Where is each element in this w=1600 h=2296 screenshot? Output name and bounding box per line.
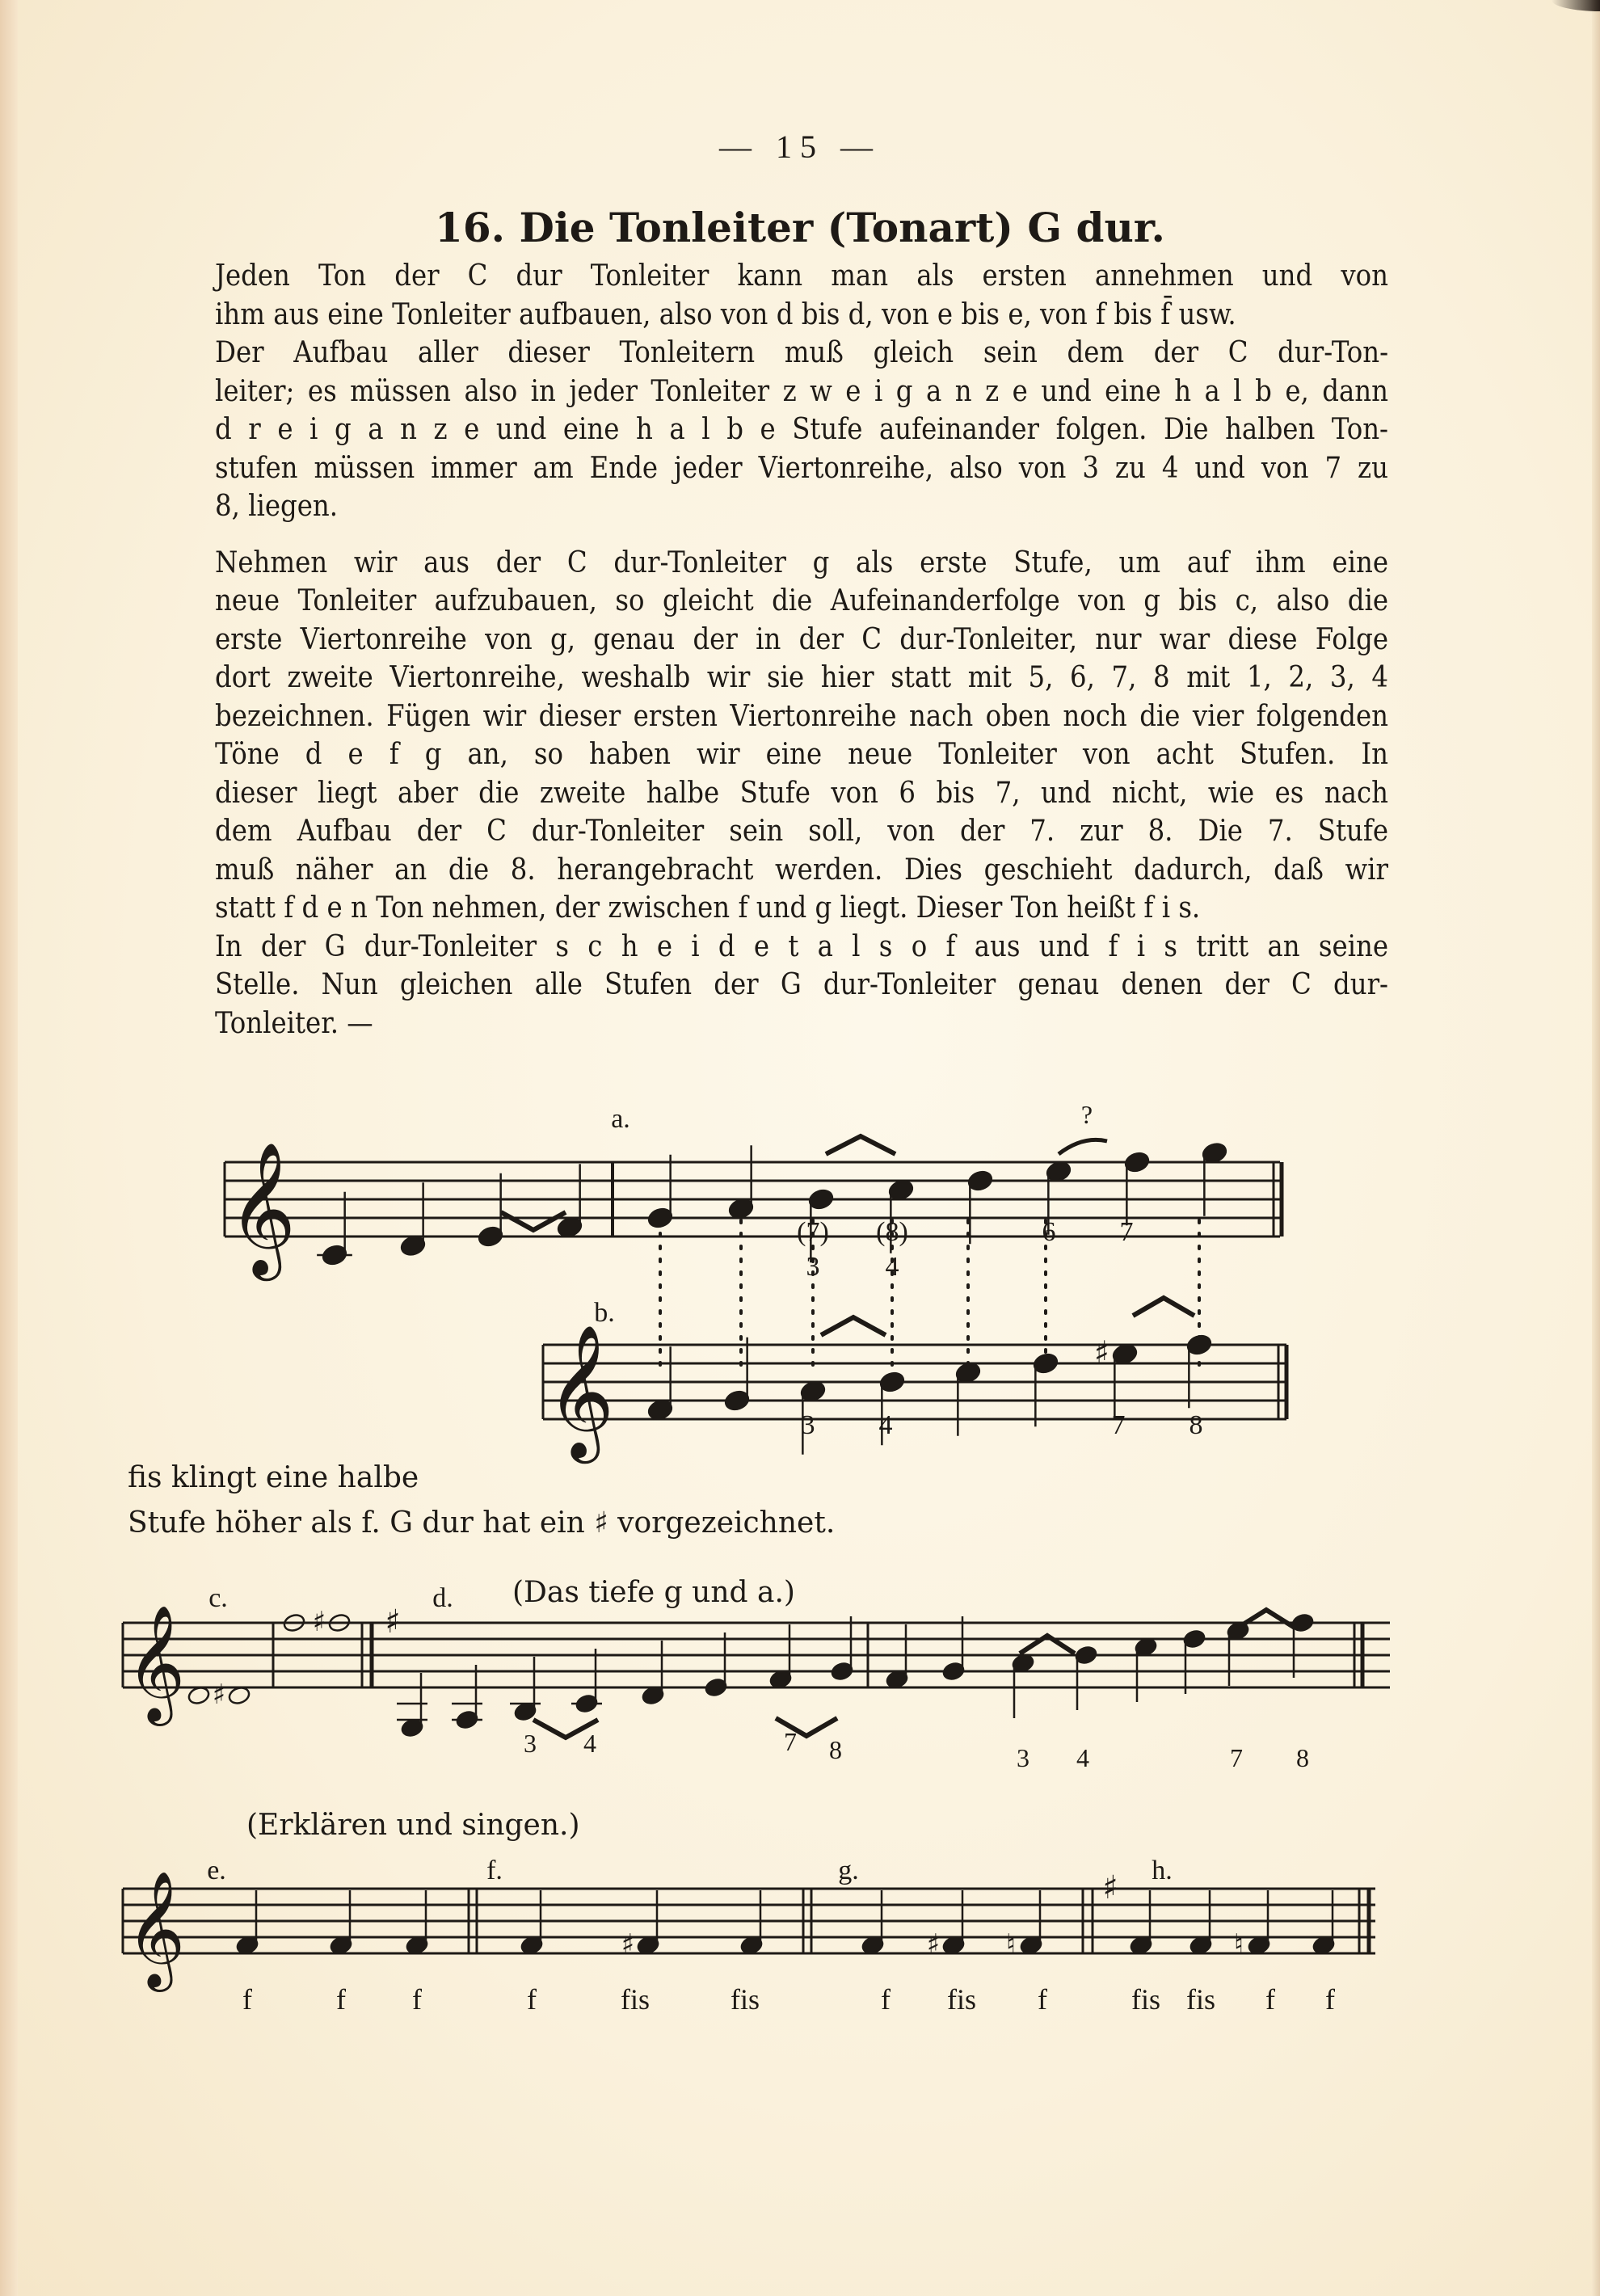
treble-clef-icon: 𝄞 — [126, 1871, 185, 1992]
note — [235, 1890, 259, 1956]
example-c-label: c. — [208, 1583, 228, 1613]
note — [1312, 1890, 1335, 1956]
note — [941, 1890, 965, 1956]
key-signature-sharp-icon: ♯ — [1102, 1869, 1118, 1906]
natural-icon: ♮ — [1006, 1928, 1016, 1961]
sharp-icon: ♯ — [927, 1928, 940, 1961]
sharp-icon: ♯ — [621, 1928, 634, 1961]
note — [1226, 1620, 1249, 1686]
note — [556, 1164, 583, 1239]
note-name-label: f — [881, 1983, 891, 2016]
natural-icon: ♮ — [1234, 1928, 1244, 1961]
example-d-label: d. — [432, 1583, 453, 1613]
note — [520, 1890, 543, 1956]
note-name-label: f — [1325, 1983, 1335, 2016]
note — [1182, 1628, 1206, 1694]
note — [397, 1673, 427, 1738]
degree-label: 4 — [886, 1252, 899, 1282]
note — [885, 1624, 908, 1690]
slur-icon — [1059, 1140, 1107, 1154]
note — [1247, 1890, 1270, 1956]
note — [1032, 1351, 1059, 1426]
halfstep-mark-icon — [821, 1317, 886, 1335]
note — [646, 1346, 674, 1422]
degree-label: 3 — [524, 1729, 537, 1758]
degree-label: 8 — [1296, 1743, 1309, 1772]
example-h-label: h. — [1152, 1856, 1173, 1885]
note — [830, 1616, 853, 1682]
note — [1291, 1612, 1314, 1678]
note — [861, 1890, 884, 1956]
degree-label: 7 — [1112, 1410, 1126, 1440]
note — [452, 1665, 482, 1730]
example-b-label: b. — [594, 1298, 615, 1328]
note — [571, 1649, 602, 1714]
treble-clef-icon: 𝄞 — [228, 1141, 296, 1282]
note — [1189, 1890, 1212, 1956]
note — [1111, 1342, 1139, 1418]
note — [704, 1632, 727, 1698]
note — [1185, 1333, 1213, 1408]
degree-label: 7 — [1230, 1743, 1243, 1772]
note — [768, 1624, 792, 1690]
note-name-label: fis — [621, 1983, 650, 2016]
treble-clef-icon: 𝄞 — [126, 1605, 185, 1726]
sharp-icon: ♯ — [1094, 1335, 1109, 1371]
note-name-label: f — [412, 1983, 422, 2016]
note — [1011, 1653, 1034, 1718]
note — [966, 1169, 994, 1244]
degree-label: 3 — [1017, 1743, 1029, 1772]
note — [510, 1657, 541, 1722]
degree-label: 7 — [1120, 1217, 1134, 1247]
note-name-label: f — [527, 1983, 537, 2016]
halfstep-mark-icon — [1238, 1610, 1295, 1628]
halfstep-mark-icon — [1133, 1298, 1194, 1316]
note — [1201, 1141, 1228, 1216]
note — [723, 1338, 751, 1413]
caption-tiefe-g-a: (Das tiefe g und a.) — [512, 1576, 795, 1609]
note — [954, 1361, 982, 1436]
degree-label: 4 — [1076, 1743, 1089, 1772]
halfstep-mark-icon — [501, 1212, 566, 1230]
degree-label: 3 — [802, 1410, 815, 1440]
sharp-icon: ♯ — [313, 1606, 326, 1638]
note — [1074, 1645, 1097, 1710]
key-signature-sharp-icon: ♯ — [385, 1603, 400, 1641]
example-f-label: f. — [486, 1856, 503, 1885]
note — [405, 1890, 428, 1956]
degree-label: 8 — [1189, 1410, 1203, 1440]
caption-fis-line-1: fis klingt eine halbe — [128, 1461, 419, 1494]
treble-clef-icon: 𝄞 — [546, 1324, 614, 1464]
note — [941, 1616, 965, 1682]
note — [641, 1641, 664, 1706]
note — [636, 1890, 659, 1956]
caption-fis-line-2: Stufe höher als f. G dur hat ein ♯ vorge… — [128, 1506, 835, 1540]
note — [1129, 1890, 1152, 1956]
note — [1019, 1890, 1042, 1956]
note — [646, 1155, 674, 1230]
example-a-label: a. — [611, 1104, 630, 1134]
note-name-label: fis — [1131, 1983, 1160, 2016]
halfstep-mark-icon — [826, 1136, 895, 1154]
example-g-label: g. — [838, 1856, 859, 1885]
question-mark: ? — [1081, 1100, 1093, 1129]
example-e-label: e. — [207, 1856, 226, 1885]
note — [1123, 1150, 1151, 1225]
note-name-label: fis — [947, 1983, 976, 2016]
note-name-label: f — [336, 1983, 346, 2016]
degree-label: 3 — [806, 1252, 820, 1282]
degree-label: 4 — [583, 1729, 596, 1758]
note-name-label: fis — [1186, 1983, 1215, 2016]
note — [477, 1173, 504, 1249]
caption-erklaeren-singen: (Erklären und singen.) — [246, 1809, 580, 1842]
degree-label: 7 — [784, 1727, 797, 1756]
note-name-label: f — [1038, 1983, 1047, 2016]
music-examples: 𝄞a.?(7)(8)6734𝄞b.♯3478𝄞c.♯♯♯d.34783478𝄞e… — [0, 0, 1600, 2296]
note — [739, 1890, 763, 1956]
note — [317, 1192, 352, 1267]
sharp-icon: ♯ — [213, 1679, 225, 1711]
note-name-label: fis — [731, 1983, 760, 2016]
note — [1134, 1637, 1157, 1702]
note-name-label: f — [242, 1983, 252, 2016]
degree-label: 8 — [829, 1735, 842, 1764]
note-name-label: f — [1265, 1983, 1275, 2016]
degree-label: 4 — [879, 1410, 893, 1440]
note — [329, 1890, 352, 1956]
note — [399, 1182, 427, 1258]
note — [727, 1145, 755, 1220]
